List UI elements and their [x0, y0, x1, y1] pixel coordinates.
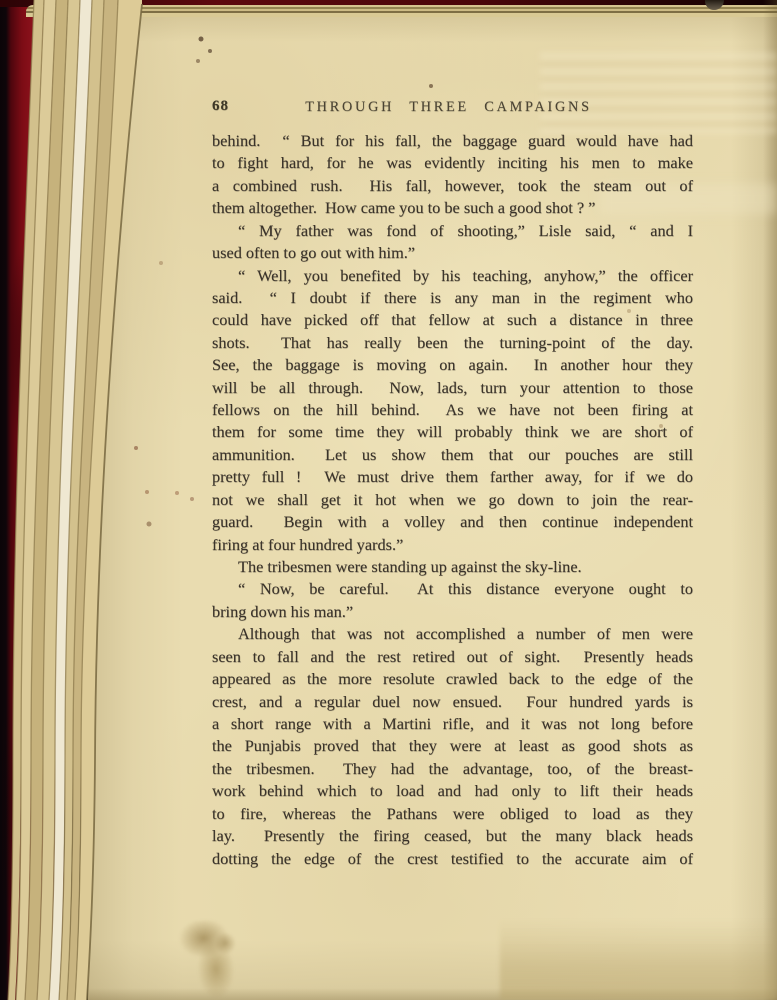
page-fore-edges	[0, 0, 160, 1000]
text-line: firing at four hundred yards.”	[212, 534, 693, 556]
text-line: “ Now, be careful. At this distance ever…	[212, 578, 693, 600]
text-line: could have picked off that fellow at suc…	[212, 309, 693, 331]
text-line: to fire, whereas the Pathans were oblige…	[212, 803, 693, 825]
text-line: lay. Presently the firing ceased, but th…	[212, 825, 693, 847]
text-line: “ Well, you benefited by his teaching, a…	[212, 265, 693, 287]
text-line: a combined rush. His fall, however, took…	[212, 175, 693, 197]
text-line: See, the baggage is moving on again. In …	[212, 354, 693, 376]
text-line: bring down his man.”	[212, 601, 693, 623]
text-line: not we shall get it hot when we go down …	[212, 489, 693, 511]
text-line: a short range with a Martini rifle, and …	[212, 713, 693, 735]
text-line: them for some time they will probably th…	[212, 421, 693, 443]
text-line: crest, and a regular duel now ensued. Fo…	[212, 691, 693, 713]
text-line: the tribesmen. They had the advantage, t…	[212, 758, 693, 780]
text-line: said. “ I doubt if there is any man in t…	[212, 287, 693, 309]
text-line: behind. “ But for his fall, the baggage …	[212, 130, 693, 152]
text-line: ammunition. Let us show them that our po…	[212, 444, 693, 466]
text-line: guard. Begin with a volley and then cont…	[212, 511, 693, 533]
text-line: will be all through. Now, lads, turn you…	[212, 377, 693, 399]
text-line: used often to go out with him.”	[212, 242, 693, 264]
text-line: fellows on the hill behind. As we have n…	[212, 399, 693, 421]
book-scan: 68 THROUGH THREE CAMPAIGNS behind. “ But…	[0, 0, 777, 1000]
text-line: work behind which to load and had only t…	[212, 780, 693, 802]
text-line: The tribesmen were standing up against t…	[212, 556, 693, 578]
running-header: THROUGH THREE CAMPAIGNS	[212, 99, 685, 116]
body-text: behind. “ But for his fall, the baggage …	[212, 130, 693, 870]
text-line: to fight hard, for he was evidently inci…	[212, 152, 693, 174]
text-line: Although that was not accomplished a num…	[212, 623, 693, 645]
text-line: appeared as the more resolute crawled ba…	[212, 668, 693, 690]
text-line: shots. That has really been the turning-…	[212, 332, 693, 354]
text-line: dotting the edge of the crest testified …	[212, 848, 693, 870]
text-line: them altogether. How came you to be such…	[212, 197, 693, 219]
text-line: “ My father was fond of shooting,” Lisle…	[212, 220, 693, 242]
text-line: the Punjabis proved that they were at le…	[212, 735, 693, 757]
page-header-row: 68 THROUGH THREE CAMPAIGNS	[212, 98, 693, 118]
text-line: seen to fall and the rest retired out of…	[212, 646, 693, 668]
text-line: pretty full ! We must drive them farther…	[212, 466, 693, 488]
